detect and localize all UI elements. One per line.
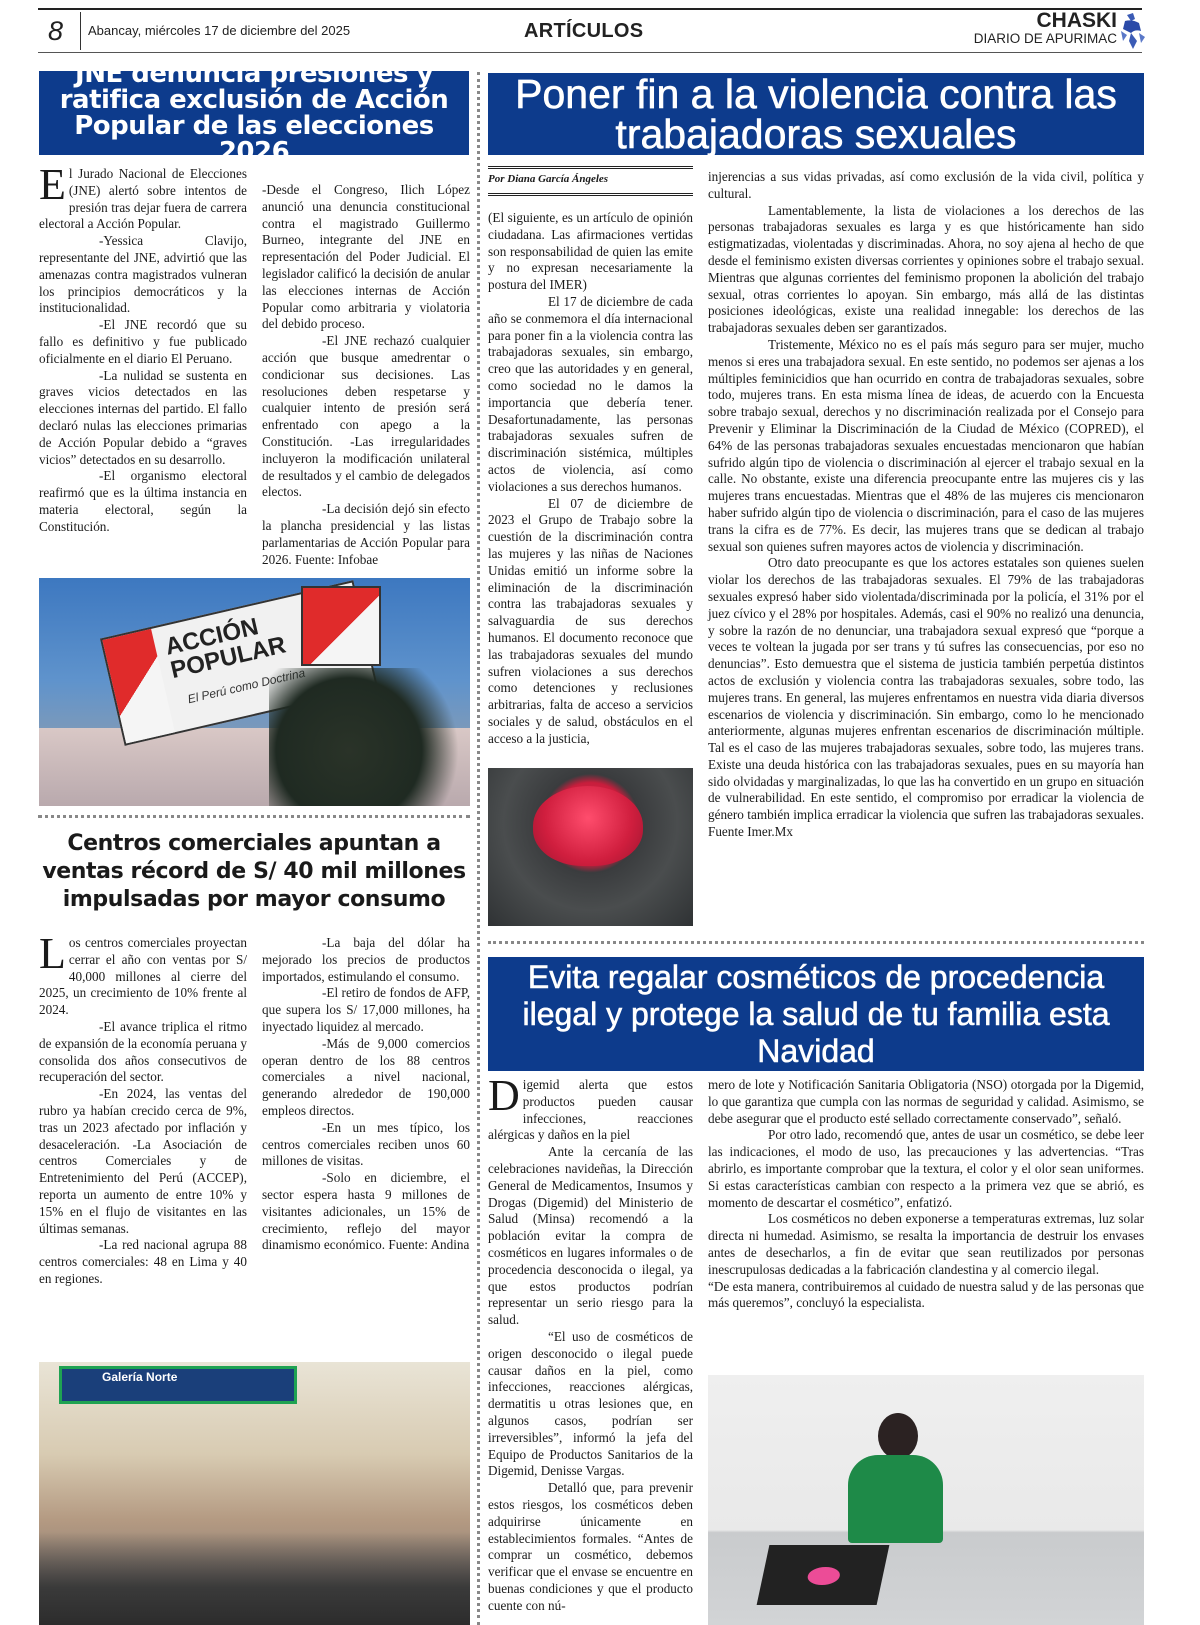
article-poner-column-2: injerencias a sus vidas privadas, así co…: [708, 169, 1144, 841]
masthead-brand: CHASKI DIARIO DE APURIMAC: [974, 10, 1117, 47]
section-title: ARTÍCULOS: [524, 20, 643, 43]
article-jne-column-2: -Desde el Congreso, Ilich López anunció …: [262, 182, 470, 568]
headline-evita-cosmeticos: Evita regalar cosméticos de procedencia …: [488, 957, 1144, 1071]
person-shape: [848, 1413, 943, 1543]
headline-jne: JNE denuncia presiones y ratifica exclus…: [39, 71, 469, 155]
article-evita-column-2: mero de lote y Notificación Sanitaria Ob…: [708, 1077, 1144, 1312]
headline-centros-comerciales: Centros comerciales apuntan a ventas réc…: [39, 830, 469, 914]
dropcap: E: [39, 168, 66, 202]
tree-shape: [269, 668, 469, 806]
photo-woman-cosmetics: [708, 1375, 1144, 1625]
header-bottom-rule: [38, 52, 1142, 53]
dropcap: D: [488, 1079, 520, 1113]
photo-accion-popular: ACCIÓN POPULAR El Perú como Doctrina: [39, 578, 470, 806]
brand-subtitle: DIARIO DE APURIMAC: [974, 31, 1117, 47]
article-separator-right: [488, 941, 1144, 944]
page-number-divider: [80, 12, 81, 50]
dropcap: L: [39, 937, 66, 971]
article-separator-left: [38, 815, 470, 818]
crowd-shape: [39, 1532, 470, 1625]
brand-name: CHASKI: [974, 10, 1117, 31]
headline-poner-fin: Poner fin a la violencia contra las trab…: [488, 73, 1144, 155]
umbrella-shape: [533, 786, 643, 866]
article-jne-column-1: El Jurado Nacional de Elecciones (JNE) a…: [39, 166, 247, 536]
mall-sign: Galería Norte: [59, 1366, 297, 1404]
article-poner-column-1: (El siguiente, es un artículo de opinión…: [488, 210, 693, 748]
photo-shopping-mall: Galería Norte: [39, 1362, 470, 1625]
makeup-palette-shape: [757, 1545, 890, 1605]
messenger-logo-icon: [1117, 11, 1147, 51]
column-separator: [477, 72, 480, 1625]
article-centros-column-1: Los centros comerciales proyectan cerrar…: [39, 935, 247, 1288]
flag-shovel-icon: [301, 586, 381, 666]
page-number: 8: [48, 16, 63, 47]
article-centros-column-2: -La baja del dólar ha mejorado los preci…: [262, 935, 470, 1254]
byline: Por Diana García Ángeles: [488, 173, 693, 185]
dateline: Abancay, miércoles 17 de diciembre del 2…: [88, 23, 350, 38]
byline-box: Por Diana García Ángeles: [488, 166, 693, 196]
photo-red-umbrella: [488, 768, 693, 926]
article-evita-column-1: Digemid alerta que estos productos puede…: [488, 1077, 693, 1615]
